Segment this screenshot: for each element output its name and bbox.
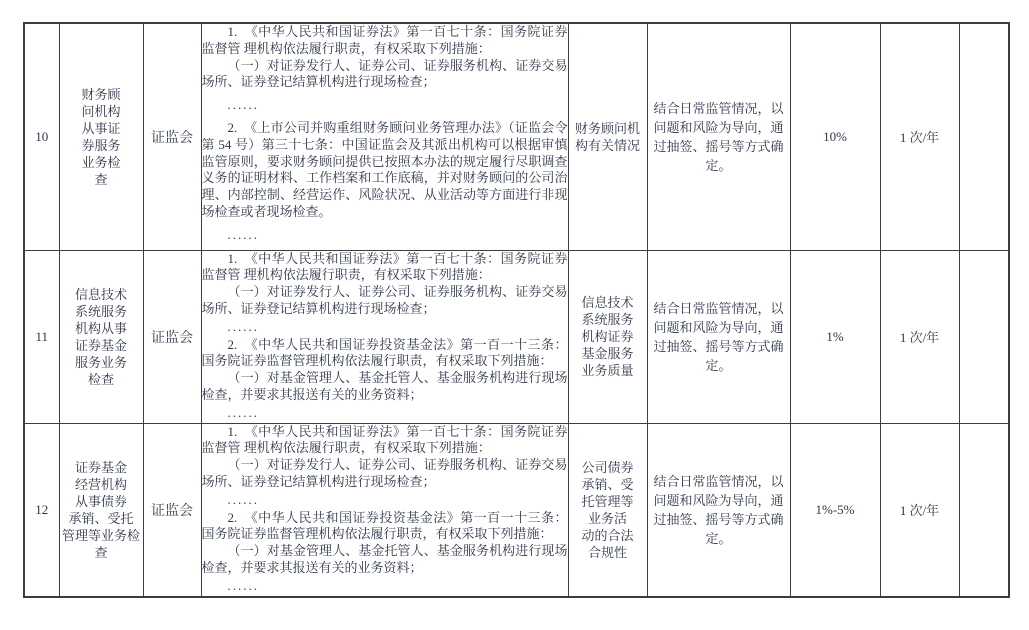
cell-basis: 1. 《中华人民共和国证券法》第一百七十条：国务院证券监督管 理机构依法履行职责…: [201, 423, 568, 596]
basis-paragraph: （一）对基金管理人、基金托管人、基金服务机构进行现场检查，并要求其报送有关的业务…: [202, 370, 568, 404]
cell-frequency: 1 次/年: [880, 423, 959, 596]
basis-paragraph: 2. 《上市公司并购重组财务顾问业务管理办法》（证监会令第 54 号）第三十七条…: [202, 120, 568, 221]
table-row: 12 证券基金 经营机构 从事债券 承销、受托 管理等业务检 查 证监会 1. …: [24, 423, 1009, 596]
cell-extra: [959, 250, 1009, 423]
cell-seq: 11: [24, 250, 59, 423]
cell-frequency: 1 次/年: [880, 250, 959, 423]
basis-paragraph: 1. 《中华人民共和国证券法》第一百七十条：国务院证券监督管 理机构依法履行职责…: [202, 24, 568, 58]
dots-line: ......: [202, 578, 568, 595]
dots-line: ......: [202, 97, 568, 114]
basis-paragraph: 2. 《中华人民共和国证券投资基金法》第一百一十三条：国务院证券监督管理机构依法…: [202, 337, 568, 371]
cell-extra: [959, 423, 1009, 596]
cell-content: 信息技术 系统服务 机构证券 基金服务 业务质量: [568, 250, 647, 423]
cell-agency: 证监会: [143, 250, 201, 423]
cell-basis: 1. 《中华人民共和国证券法》第一百七十条：国务院证券监督管 理机构依法履行职责…: [201, 23, 568, 250]
cell-ratio: 1%: [790, 250, 880, 423]
dots-line: ......: [202, 492, 568, 509]
basis-paragraph: （一）对证券发行人、证券公司、证券服务机构、证券交易场所、证券登记结算机构进行现…: [202, 58, 568, 92]
cell-ratio: 10%: [790, 23, 880, 250]
cell-method: 结合日常监管情况，以 问题和风险为导向，通 过抽签、摇号等方式确 定。: [647, 23, 790, 250]
cell-method: 结合日常监管情况，以 问题和风险为导向，通 过抽签、摇号等方式确 定。: [647, 423, 790, 596]
cell-seq: 10: [24, 23, 59, 250]
table-row: 11 信息技术 系统服务 机构从事 证券基金 服务业务 检查 证监会 1. 《中…: [24, 250, 1009, 423]
cell-agency: 证监会: [143, 423, 201, 596]
dots-line: ......: [202, 405, 568, 422]
cell-item: 证券基金 经营机构 从事债券 承销、受托 管理等业务检 查: [59, 423, 143, 596]
table-row: 10 财务顾 问机构 从事证 券服务 业务检 查 证监会 1. 《中华人民共和国…: [24, 23, 1009, 250]
cell-agency: 证监会: [143, 23, 201, 250]
cell-item: 信息技术 系统服务 机构从事 证券基金 服务业务 检查: [59, 250, 143, 423]
basis-paragraph: 1. 《中华人民共和国证券法》第一百七十条：国务院证券监督管 理机构依法履行职责…: [202, 424, 568, 458]
cell-method: 结合日常监管情况，以 问题和风险为导向，通 过抽签、摇号等方式确 定。: [647, 250, 790, 423]
dots-line: ......: [202, 227, 568, 244]
cell-seq: 12: [24, 423, 59, 596]
basis-paragraph: （一）对基金管理人、基金托管人、基金服务机构进行现场检查，并要求其报送有关的业务…: [202, 543, 568, 577]
cell-content: 财务顾问机 构有关情况: [568, 23, 647, 250]
document-page: 10 财务顾 问机构 从事证 券服务 业务检 查 证监会 1. 《中华人民共和国…: [23, 22, 1010, 598]
dots-line: ......: [202, 319, 568, 336]
cell-content: 公司债券 承销、受 托管理等 业务活 动的合法 合规性: [568, 423, 647, 596]
cell-frequency: 1 次/年: [880, 23, 959, 250]
basis-paragraph: （一）对证券发行人、证券公司、证券服务机构、证券交易场所、证券登记结算机构进行现…: [202, 284, 568, 318]
cell-basis: 1. 《中华人民共和国证券法》第一百七十条：国务院证券监督管 理机构依法履行职责…: [201, 250, 568, 423]
basis-paragraph: （一）对证券发行人、证券公司、证券服务机构、证券交易场所、证券登记结算机构进行现…: [202, 457, 568, 491]
cell-extra: [959, 23, 1009, 250]
cell-item: 财务顾 问机构 从事证 券服务 业务检 查: [59, 23, 143, 250]
basis-paragraph: 1. 《中华人民共和国证券法》第一百七十条：国务院证券监督管 理机构依法履行职责…: [202, 251, 568, 285]
inspection-table: 10 财务顾 问机构 从事证 券服务 业务检 查 证监会 1. 《中华人民共和国…: [23, 22, 1010, 598]
cell-ratio: 1%-5%: [790, 423, 880, 596]
basis-paragraph: 2. 《中华人民共和国证券投资基金法》第一百一十三条：国务院证券监督管理机构依法…: [202, 510, 568, 544]
